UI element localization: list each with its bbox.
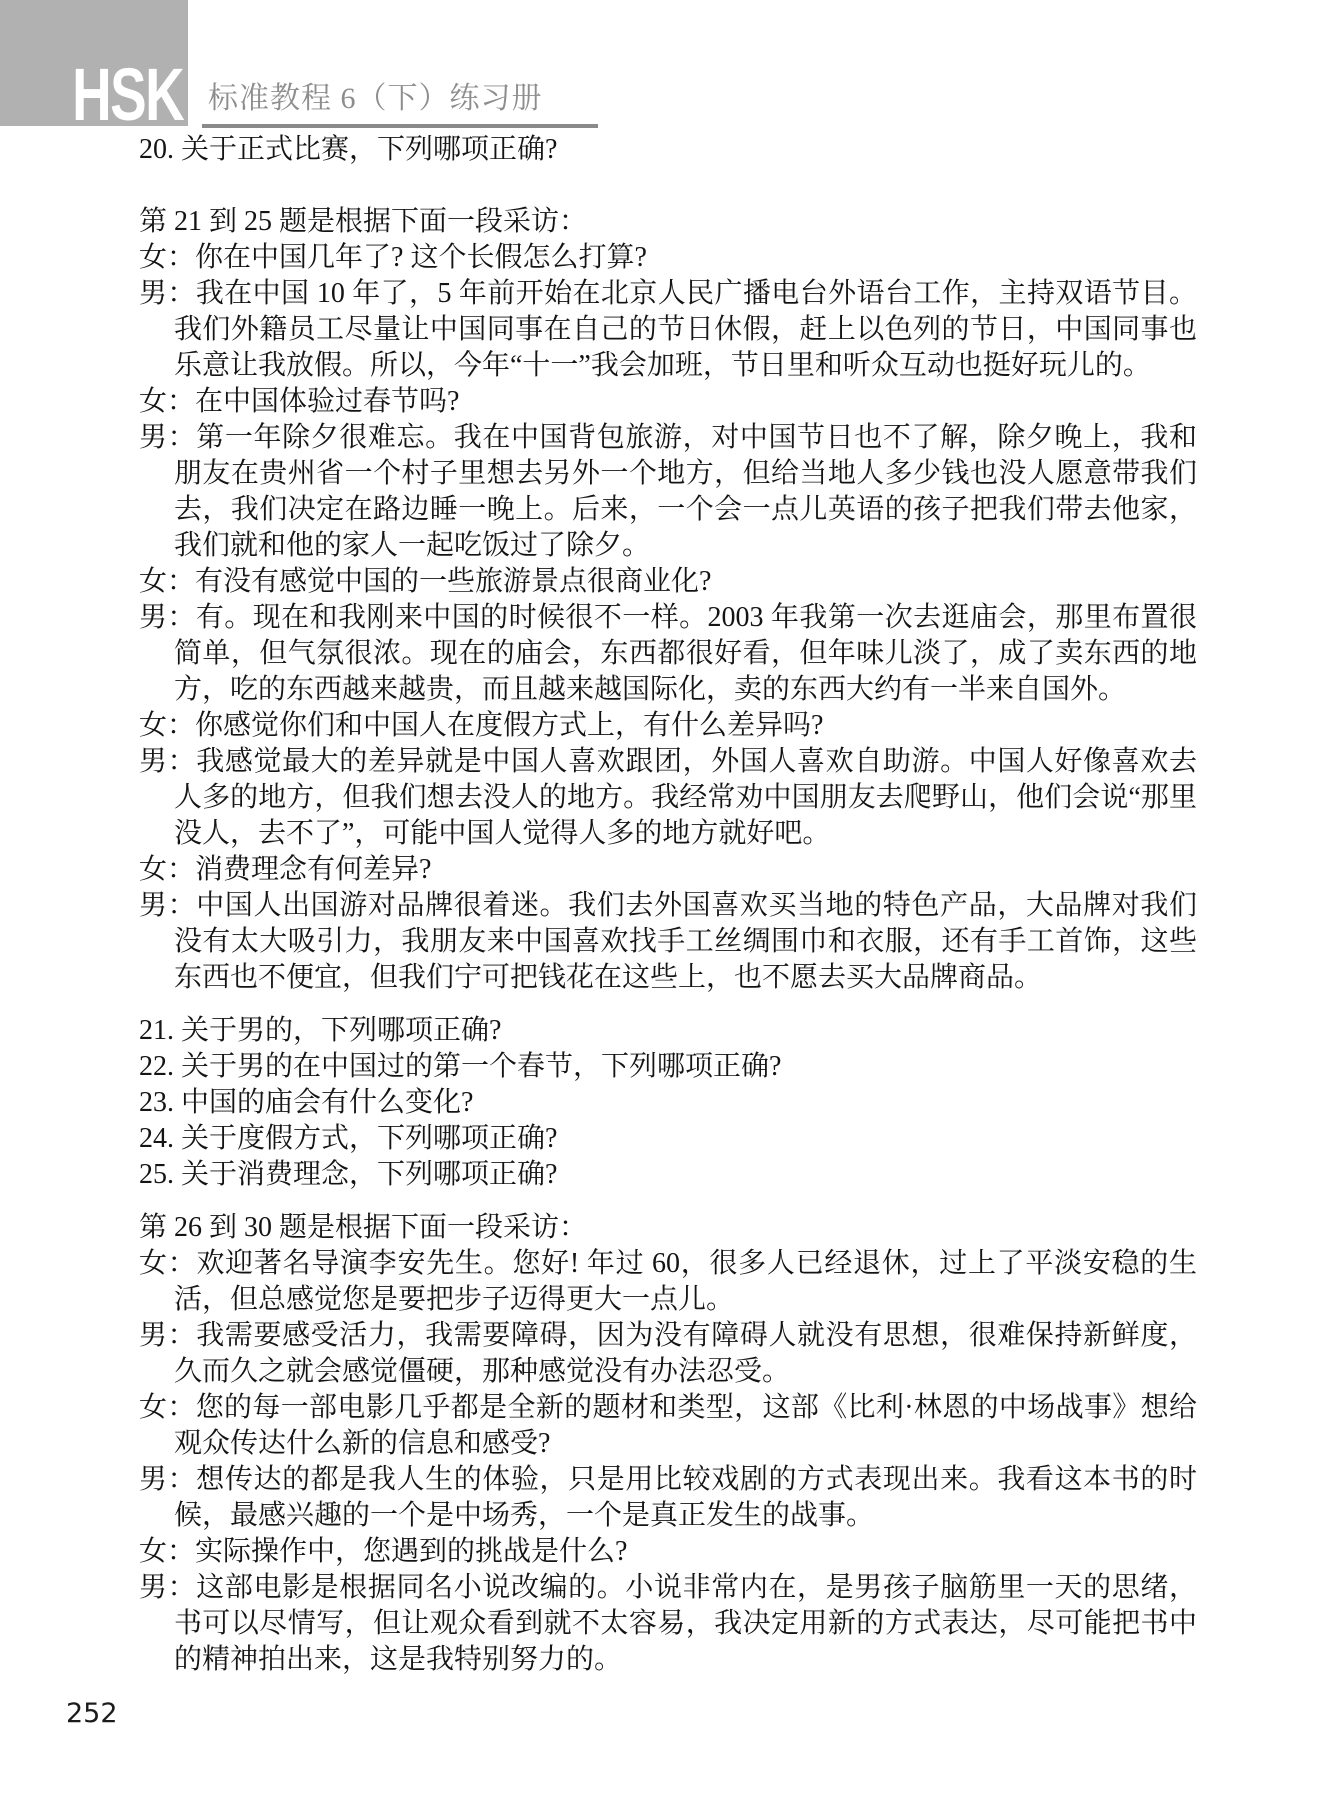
header-rule <box>202 124 598 128</box>
dialog-text: 在中国体验过春节吗? <box>195 386 459 417</box>
dialog-line: 男：想传达的都是我人生的体验，只是用比较戏剧的方式表现出来。我看这本书的时候，最… <box>139 1462 1197 1534</box>
question-item: 25. 关于消费理念，下列哪项正确? <box>139 1157 1197 1193</box>
question-item: 22. 关于男的在中国过的第一个春节，下列哪项正确? <box>139 1049 1197 1085</box>
dialog-text: 欢迎著名导演李安先生。您好! 年过 60，很多人已经退休，过上了平淡安稳的生活，… <box>174 1248 1197 1315</box>
question-item: 21. 关于男的，下列哪项正确? <box>139 1013 1197 1049</box>
page-number: 252 <box>66 1698 118 1729</box>
dialog-text: 实际操作中，您遇到的挑战是什么? <box>195 1536 627 1567</box>
speaker-label: 男： <box>139 1464 196 1495</box>
speaker-label: 男： <box>139 602 196 633</box>
workbook-page: HSK 标准教程 6（下）练习册 20. 关于正式比赛，下列哪项正确?第 21 … <box>0 0 1328 1800</box>
dialog-line: 男：中国人出国游对品牌很着迷。我们去外国喜欢买当地的特色产品，大品牌对我们没有太… <box>139 888 1197 996</box>
dialog-text: 这部电影是根据同名小说改编的。小说非常内在，是男孩子脑筋里一天的思绪，书可以尽情… <box>174 1572 1197 1675</box>
dialog-line: 女：你在中国几年了? 这个长假怎么打算? <box>139 240 1197 276</box>
dialog-text: 你感觉你们和中国人在度假方式上，有什么差异吗? <box>195 710 823 741</box>
dialog-line: 女：消费理念有何差异? <box>139 852 1197 888</box>
dialog-line: 男：这部电影是根据同名小说改编的。小说非常内在，是男孩子脑筋里一天的思绪，书可以… <box>139 1570 1197 1678</box>
speaker-label: 女： <box>139 854 195 885</box>
dialog-line: 男：第一年除夕很难忘。我在中国背包旅游，对中国节日也不了解，除夕晚上，我和朋友在… <box>139 420 1197 564</box>
hsk-logo: HSK <box>72 65 183 124</box>
speaker-label: 男： <box>139 890 196 921</box>
dialog-line: 男：我需要感受活力，我需要障碍，因为没有障碍人就没有思想，很难保持新鲜度，久而久… <box>139 1318 1197 1390</box>
hsk-logo-block: HSK <box>0 0 188 126</box>
speaker-label: 女： <box>139 242 195 273</box>
speaker-label: 女： <box>139 1536 195 1567</box>
dialog-text: 我在中国 10 年了，5 年前开始在北京人民广播电台外语台工作，主持双语节目。我… <box>174 278 1197 381</box>
dialog-text: 我需要感受活力，我需要障碍，因为没有障碍人就没有思想，很难保持新鲜度，久而久之就… <box>174 1320 1197 1387</box>
speaker-label: 女： <box>139 1248 196 1279</box>
speaker-label: 男： <box>139 278 196 309</box>
dialog-line: 女：实际操作中，您遇到的挑战是什么? <box>139 1534 1197 1570</box>
dialog-text: 您的每一部电影几乎都是全新的题材和类型，这部《比利·林恩的中场战事》想给观众传达… <box>174 1392 1197 1459</box>
dialog-line: 女：有没有感觉中国的一些旅游景点很商业化? <box>139 564 1197 600</box>
section-intro: 第 26 到 30 题是根据下面一段采访： <box>139 1210 1197 1246</box>
speaker-label: 男： <box>139 746 196 777</box>
dialog-text: 我感觉最大的差异就是中国人喜欢跟团，外国人喜欢自助游。中国人好像喜欢去人多的地方… <box>174 746 1197 849</box>
speaker-label: 男： <box>139 1572 196 1603</box>
dialog-line: 男：我在中国 10 年了，5 年前开始在北京人民广播电台外语台工作，主持双语节目… <box>139 276 1197 384</box>
speaker-label: 女： <box>139 710 195 741</box>
dialog-text: 你在中国几年了? 这个长假怎么打算? <box>195 242 647 273</box>
question-item: 24. 关于度假方式，下列哪项正确? <box>139 1121 1197 1157</box>
section-intro: 第 21 到 25 题是根据下面一段采访： <box>139 204 1197 240</box>
question-item: 20. 关于正式比赛，下列哪项正确? <box>139 132 1197 168</box>
speaker-label: 女： <box>139 1392 196 1423</box>
dialog-line: 女：在中国体验过春节吗? <box>139 384 1197 420</box>
dialog-line: 女：欢迎著名导演李安先生。您好! 年过 60，很多人已经退休，过上了平淡安稳的生… <box>139 1246 1197 1318</box>
speaker-label: 男： <box>139 1320 196 1351</box>
dialog-line: 男：我感觉最大的差异就是中国人喜欢跟团，外国人喜欢自助游。中国人好像喜欢去人多的… <box>139 744 1197 852</box>
dialog-line: 男：有。现在和我刚来中国的时候很不一样。2003 年我第一次去逛庙会，那里布置很… <box>139 600 1197 708</box>
dialog-text: 想传达的都是我人生的体验，只是用比较戏剧的方式表现出来。我看这本书的时候，最感兴… <box>174 1464 1197 1531</box>
question-item: 23. 中国的庙会有什么变化? <box>139 1085 1197 1121</box>
dialog-text: 有没有感觉中国的一些旅游景点很商业化? <box>195 566 711 597</box>
transcript-content: 20. 关于正式比赛，下列哪项正确?第 21 到 25 题是根据下面一段采访：女… <box>139 132 1197 1678</box>
dialog-text: 有。现在和我刚来中国的时候很不一样。2003 年我第一次去逛庙会，那里布置很简单… <box>174 602 1197 705</box>
dialog-text: 消费理念有何差异? <box>195 854 431 885</box>
dialog-text: 第一年除夕很难忘。我在中国背包旅游，对中国节日也不了解，除夕晚上，我和朋友在贵州… <box>174 422 1197 561</box>
dialog-line: 女：您的每一部电影几乎都是全新的题材和类型，这部《比利·林恩的中场战事》想给观众… <box>139 1390 1197 1462</box>
speaker-label: 女： <box>139 566 195 597</box>
dialog-text: 中国人出国游对品牌很着迷。我们去外国喜欢买当地的特色产品，大品牌对我们没有太大吸… <box>174 890 1197 993</box>
dialog-line: 女：你感觉你们和中国人在度假方式上，有什么差异吗? <box>139 708 1197 744</box>
book-title: 标准教程 6（下）练习册 <box>208 82 543 116</box>
speaker-label: 女： <box>139 386 195 417</box>
speaker-label: 男： <box>139 422 196 453</box>
